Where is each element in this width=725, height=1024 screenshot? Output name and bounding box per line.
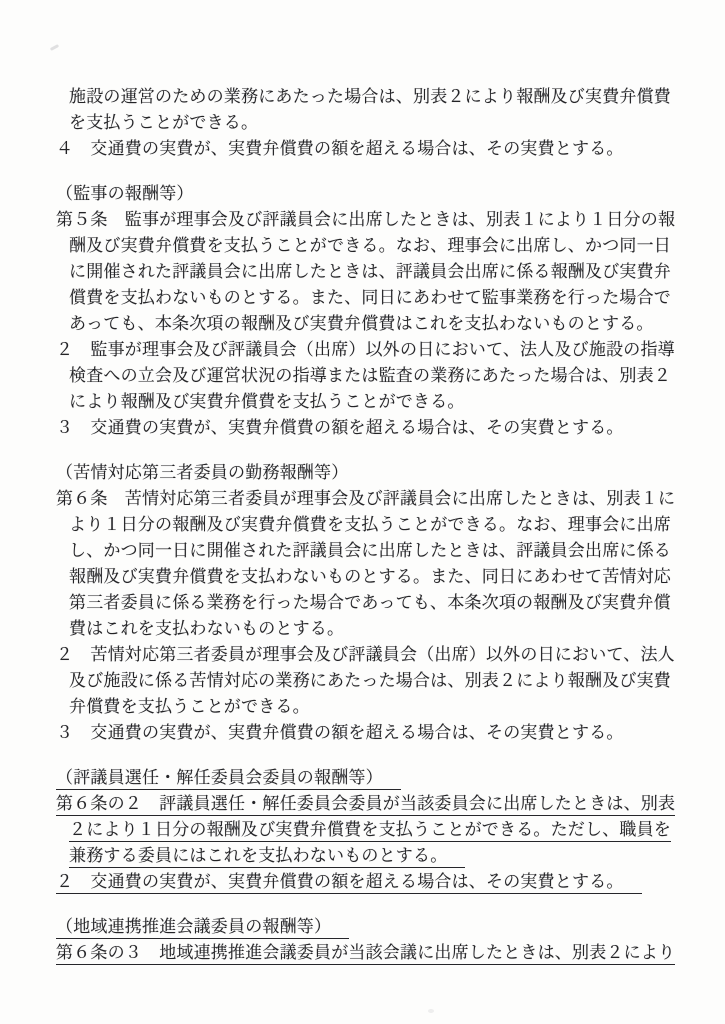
text-line: 施設の運営のための業務にあたった場合は、別表２により報酬及び実費弁償費	[69, 84, 705, 110]
text-line-content: 償費を支払わないものとする。また、同日にあわせて監事業務を行った場合で	[69, 288, 671, 307]
text-line-content: 費はこれを支払わないものとする。	[69, 619, 344, 638]
underlined-text: ２により１日分の報酬及び実費弁償費を支払うことができる。ただし、職員を	[69, 820, 671, 842]
text-line-content: ４ 交通費の実費が、実費弁償費の額を超える場合は、その実費とする。	[56, 139, 624, 158]
text-line: に開催された評議員会に出席したときは、評議員会出席に係る報酬及び実費弁	[69, 259, 705, 285]
underlined-text: （評議員選任・解任委員会委員の報酬等）	[56, 768, 401, 790]
text-line: （評議員選任・解任委員会委員の報酬等）	[56, 765, 705, 791]
text-line-content: 第６条 苦情対応第三者委員が理事会及び評議員会に出席したときは、別表１に	[56, 489, 675, 508]
underlined-text: 兼務する委員にはこれを支払わないものとする。	[69, 846, 465, 868]
text-line: 第６条 苦情対応第三者委員が理事会及び評議員会に出席したときは、別表１に	[56, 486, 705, 512]
text-line: 費はこれを支払わないものとする。	[69, 616, 705, 642]
text-line: 第６条の３ 地域連携推進会議委員が当該会議に出席したときは、別表２により	[56, 940, 705, 966]
text-line: あっても、本条次項の報酬及び実費弁償費はこれを支払わないものとする。	[69, 311, 705, 337]
text-line: により報酬及び実費弁償費を支払うことができる。	[69, 389, 705, 415]
text-line: 弁償費を支払うことができる。	[69, 694, 705, 720]
text-line: より１日分の報酬及び実費弁償費を支払うことができる。なお、理事会に出席	[69, 512, 705, 538]
text-line: 及び施設に係る苦情対応の業務にあたった場合は、別表２により報酬及び実費	[69, 668, 705, 694]
scan-speck-artifact	[428, 1009, 434, 1013]
document-page: 施設の運営のための業務にあたった場合は、別表２により報酬及び実費弁償費を支払うこ…	[0, 0, 725, 1024]
text-line-content: あっても、本条次項の報酬及び実費弁償費はこれを支払わないものとする。	[69, 314, 654, 333]
text-line-content: 報酬及び実費弁償費を支払わないものとする。また、同日にあわせて苦情対応	[69, 567, 671, 586]
text-line: ２ 交通費の実費が、実費弁償費の額を超える場合は、その実費とする。	[56, 869, 705, 895]
text-line-content: 弁償費を支払うことができる。	[69, 697, 310, 716]
text-line-content: を支払うことができる。	[69, 113, 258, 132]
text-line-content: に開催された評議員会に出席したときは、評議員会出席に係る報酬及び実費弁	[69, 262, 671, 281]
text-line-content: ２ 監事が理事会及び評議員会（出席）以外の日において、法人及び施設の指導	[56, 340, 675, 359]
document-body: 施設の運営のための業務にあたった場合は、別表２により報酬及び実費弁償費を支払うこ…	[56, 84, 705, 966]
text-line-content: し、かつ同一日に開催された評議員会に出席したときは、評議員会出席に係る	[69, 541, 671, 560]
text-line: し、かつ同一日に開催された評議員会に出席したときは、評議員会出席に係る	[69, 538, 705, 564]
text-line-content: より１日分の報酬及び実費弁償費を支払うことができる。なお、理事会に出席	[69, 515, 671, 534]
text-line: ２ 監事が理事会及び評議員会（出席）以外の日において、法人及び施設の指導	[56, 337, 705, 363]
text-line: （地域連携推進会議委員の報酬等）	[56, 914, 705, 940]
scan-speck-artifact	[50, 44, 59, 51]
text-line: ３ 交通費の実費が、実費弁償費の額を超える場合は、その実費とする。	[56, 720, 705, 746]
text-line: ２により１日分の報酬及び実費弁償費を支払うことができる。ただし、職員を	[69, 817, 705, 843]
underlined-text: 第６条の３ 地域連携推進会議委員が当該会議に出席したときは、別表２により	[56, 943, 675, 965]
text-line-content: 酬及び実費弁償費を支払うことができる。なお、理事会に出席し、かつ同一日	[69, 236, 671, 255]
text-line-content: 検査への立会及び運営状況の指導または監査の業務にあたった場合は、別表２	[69, 366, 671, 385]
text-line: 報酬及び実費弁償費を支払わないものとする。また、同日にあわせて苦情対応	[69, 564, 705, 590]
text-line-content: 施設の運営のための業務にあたった場合は、別表２により報酬及び実費弁償費	[69, 87, 671, 106]
text-line-content: ２ 苦情対応第三者委員が理事会及び評議員会（出席）以外の日において、法人	[56, 645, 675, 664]
text-line: 酬及び実費弁償費を支払うことができる。なお、理事会に出席し、かつ同一日	[69, 233, 705, 259]
text-line-content: ３ 交通費の実費が、実費弁償費の額を超える場合は、その実費とする。	[56, 418, 624, 437]
text-line: （監事の報酬等）	[56, 181, 705, 207]
text-line: 第５条 監事が理事会及び評議員会に出席したときは、別表１により１日分の報	[56, 207, 705, 233]
text-line: 第三者委員に係る業務を行った場合であっても、本条次項の報酬及び実費弁償	[69, 590, 705, 616]
text-line-content: ３ 交通費の実費が、実費弁償費の額を超える場合は、その実費とする。	[56, 723, 624, 742]
text-line-content: 第三者委員に係る業務を行った場合であっても、本条次項の報酬及び実費弁償	[69, 593, 671, 612]
text-line: 第６条の２ 評議員選任・解任委員会委員が当該委員会に出席したときは、別表	[56, 791, 705, 817]
underlined-text: （地域連携推進会議委員の報酬等）	[56, 917, 349, 939]
underlined-text: ２ 交通費の実費が、実費弁償費の額を超える場合は、その実費とする。	[56, 872, 642, 894]
text-line-content: （監事の報酬等）	[56, 184, 194, 203]
text-line: ４ 交通費の実費が、実費弁償費の額を超える場合は、その実費とする。	[56, 136, 705, 162]
text-line: ２ 苦情対応第三者委員が理事会及び評議員会（出席）以外の日において、法人	[56, 642, 705, 668]
text-line-content: 及び施設に係る苦情対応の業務にあたった場合は、別表２により報酬及び実費	[69, 671, 671, 690]
text-line: （苦情対応第三者委員の勤務報酬等）	[56, 460, 705, 486]
text-line-content: 第５条 監事が理事会及び評議員会に出席したときは、別表１により１日分の報	[56, 210, 675, 229]
text-line: ３ 交通費の実費が、実費弁償費の額を超える場合は、その実費とする。	[56, 415, 705, 441]
text-line: 償費を支払わないものとする。また、同日にあわせて監事業務を行った場合で	[69, 285, 705, 311]
underlined-text: 第６条の２ 評議員選任・解任委員会委員が当該委員会に出席したときは、別表	[56, 794, 675, 816]
text-line: を支払うことができる。	[69, 110, 705, 136]
text-line-content: （苦情対応第三者委員の勤務報酬等）	[56, 463, 348, 482]
text-line: 兼務する委員にはこれを支払わないものとする。	[69, 843, 705, 869]
text-line: 検査への立会及び運営状況の指導または監査の業務にあたった場合は、別表２	[69, 363, 705, 389]
text-line-content: により報酬及び実費弁償費を支払うことができる。	[69, 392, 465, 411]
